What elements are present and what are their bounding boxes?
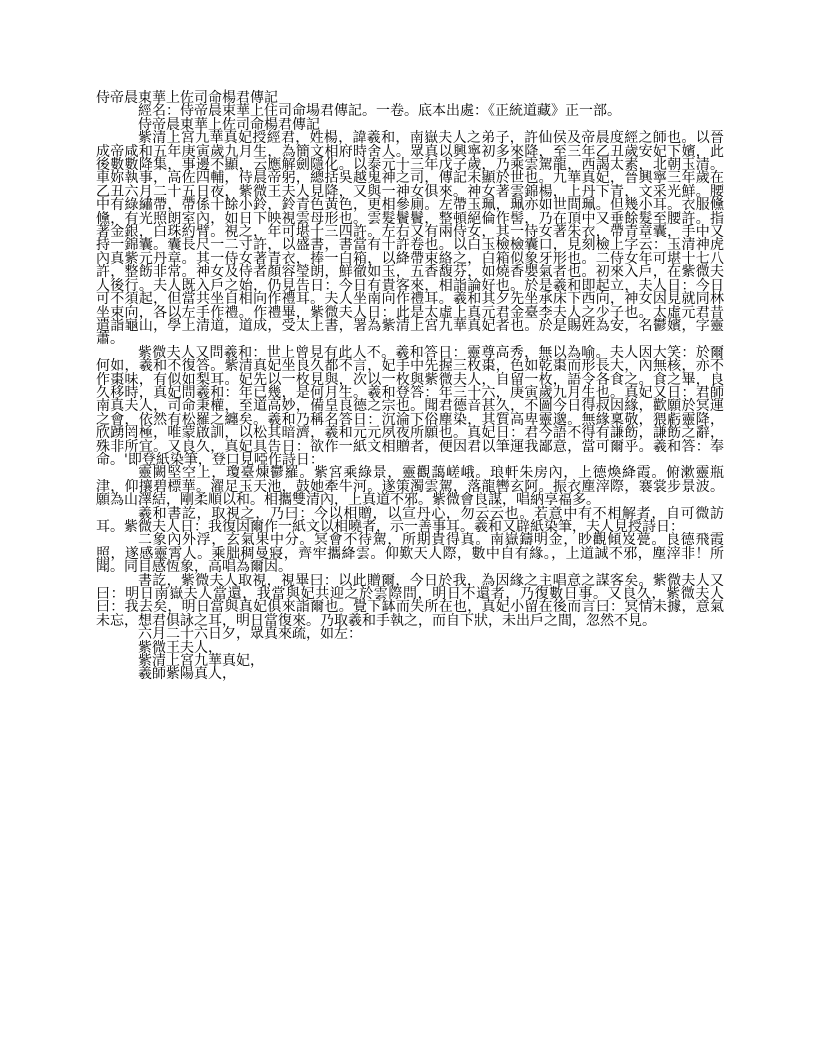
paragraph-intro: 紫清上宮九華真妃授經君，姓楊，諱羲和，南嶽夫人之弟子，許仙侯及帝晨度經之師也。以… bbox=[96, 132, 724, 347]
paragraph-poem-2: 二象內外浮，玄氣果中分。冥會不待駕，所期貴得真。南嶽鑄明金，眇觀傾岌甍。良德飛霞… bbox=[96, 534, 724, 574]
paragraph-dialogue-1: 紫微夫人又問羲和：世上曾見有此人不。羲和答日：靈尊高秀，無以為喻。夫人因大笑：於… bbox=[96, 347, 724, 468]
document-page: 侍帝晨東華上佐司命楊君傳記 經名：侍帝晨束華上住司命場君傳記。一卷。底本出處：《… bbox=[0, 0, 816, 1056]
paragraph-closing: 書訖，紫微夫人取視，視畢曰：以此贈爾，今日於我，為因緣之主唱意之謀客矣。紫微夫人… bbox=[96, 575, 724, 629]
paragraph-dialogue-2: 羲和書訖，取視之，乃曰：今以相贈，以宣丹心，勿云云也。若意中有不相解者，自可微訪… bbox=[96, 508, 724, 535]
paragraph-poem-1: 靈闕堅空上，瓊臺煉鬱羅。紫宮乘綠景，靈觀藹嵯峨。琅軒朱房內，上德煥絳霞。俯漱靈瓶… bbox=[96, 467, 724, 507]
document-body: 侍帝晨東華上佐司命楊君傳記 經名：侍帝晨束華上住司命場君傳記。一卷。底本出處：《… bbox=[96, 92, 724, 682]
list-item-immortal-3: 羲師紫陽真人， bbox=[96, 668, 724, 681]
